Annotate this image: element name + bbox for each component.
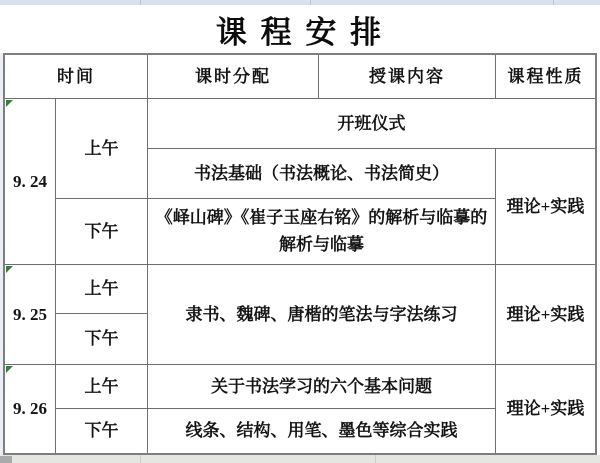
am-cell-924[interactable]: 上午 bbox=[56, 99, 148, 199]
header-allocation: 课时分配 bbox=[148, 55, 319, 99]
am-label: 上午 bbox=[85, 276, 119, 302]
am-label: 上午 bbox=[85, 136, 119, 162]
content-cell-lishu-practice[interactable]: 隶书、魏碑、唐楷的笔法与字法练习 bbox=[148, 265, 496, 365]
nature-cell-924[interactable]: 理论+实践 bbox=[496, 149, 595, 265]
header-content: 授课内容 bbox=[319, 55, 496, 99]
pm-label: 下午 bbox=[85, 326, 119, 352]
error-indicator-triangle-icon bbox=[6, 366, 13, 373]
content-cell-calligraphy-basics[interactable]: 书法基础（书法概论、书法简史） bbox=[148, 149, 496, 199]
am-cell-925[interactable]: 上午 bbox=[56, 265, 148, 314]
content-cell-opening-ceremony[interactable]: 开班仪式 bbox=[148, 99, 595, 149]
date-label: 9. 25 bbox=[13, 302, 47, 328]
content-cell-comprehensive-practice[interactable]: 线条、结构、用笔、墨色等综合实践 bbox=[148, 409, 496, 453]
page-title: 课 程 安 排 bbox=[0, 5, 600, 53]
header-nature: 课程性质 bbox=[496, 55, 595, 99]
content-cell-six-questions[interactable]: 关于书法学习的六个基本问题 bbox=[148, 365, 496, 409]
date-cell-925[interactable]: 9. 25 bbox=[5, 265, 56, 365]
content-cell-stele-analysis[interactable]: 《峄山碑》《崔子玉座右铭》的解析与临摹的解析与临摹 bbox=[148, 199, 496, 265]
error-indicator-triangle-icon bbox=[6, 266, 13, 273]
nature-cell-925[interactable]: 理论+实践 bbox=[496, 265, 595, 365]
pm-label: 下午 bbox=[85, 418, 119, 444]
date-cell-926[interactable]: 9. 26 bbox=[5, 365, 56, 453]
spreadsheet-bottom-margin bbox=[0, 455, 600, 463]
header-time: 时间 bbox=[5, 55, 148, 99]
bottom-left-corner-block bbox=[0, 456, 12, 463]
grid-divider bbox=[375, 455, 376, 463]
date-cell-924[interactable]: 9. 24 bbox=[5, 99, 56, 265]
pm-label: 下午 bbox=[85, 219, 119, 245]
am-cell-926[interactable]: 上午 bbox=[56, 365, 148, 409]
pm-cell-924[interactable]: 下午 bbox=[56, 199, 148, 265]
date-label: 9. 24 bbox=[13, 169, 47, 195]
pm-cell-925[interactable]: 下午 bbox=[56, 314, 148, 365]
nature-cell-926[interactable]: 理论+实践 bbox=[496, 365, 595, 453]
am-label: 上午 bbox=[85, 374, 119, 400]
grid-divider bbox=[140, 455, 141, 463]
course-schedule-table: 时间 课时分配 授课内容 课程性质 9. 24 上午 下午 开班仪式 书法基础（… bbox=[3, 53, 597, 455]
date-label: 9. 26 bbox=[13, 396, 47, 422]
error-indicator-triangle-icon bbox=[6, 100, 13, 107]
pm-cell-926[interactable]: 下午 bbox=[56, 409, 148, 453]
